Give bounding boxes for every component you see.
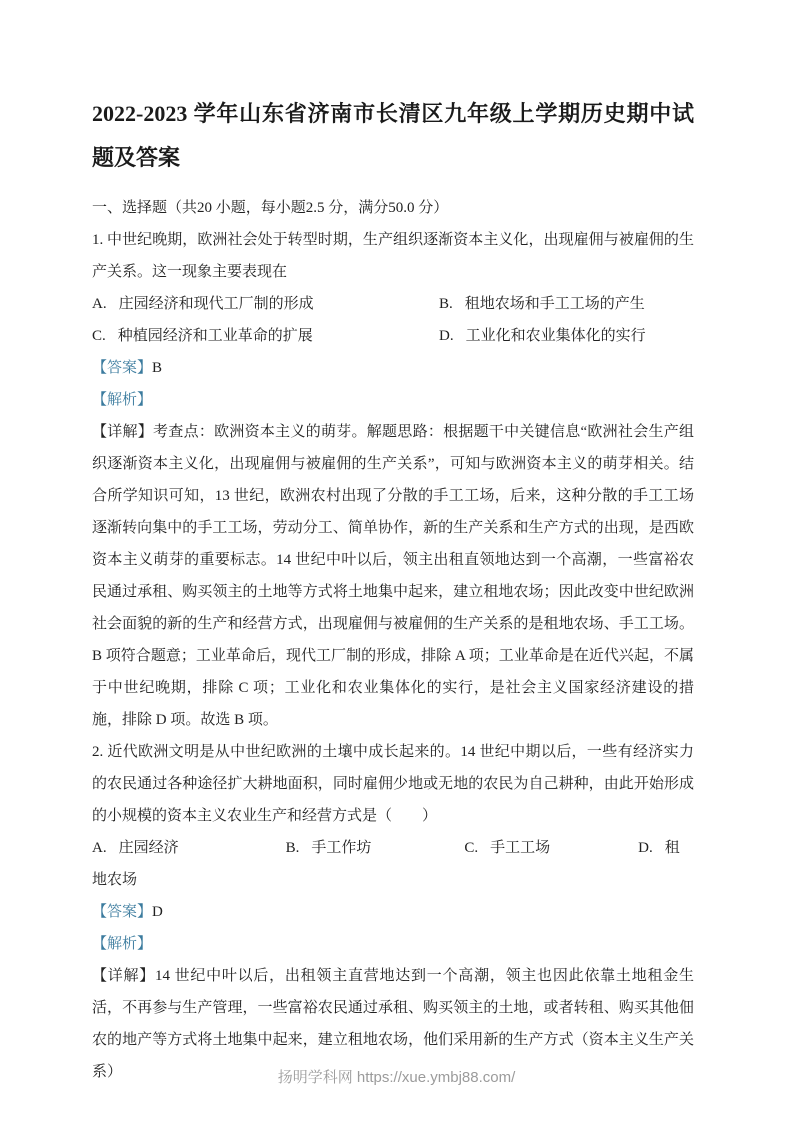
option-d-letter: D. bbox=[638, 840, 653, 856]
option-c: C.种植园经济和工业革命的扩展 bbox=[92, 320, 439, 352]
option-b: B.租地农场和手工工场的产生 bbox=[439, 288, 694, 320]
question-1: 1. 中世纪晚期，欧洲社会处于转型时期，生产组织逐渐资本主义化，出现雇佣与被雇佣… bbox=[92, 224, 694, 736]
option-d: D.租地农场 bbox=[92, 840, 680, 888]
option-c-letter: C. bbox=[92, 328, 106, 344]
option-d-letter: D. bbox=[439, 328, 454, 344]
document-content: 2022-2023 学年山东省济南市长清区九年级上学期历史期中试题及答案 一、选… bbox=[0, 0, 793, 1088]
document-page: 2022-2023 学年山东省济南市长清区九年级上学期历史期中试题及答案 一、选… bbox=[0, 0, 793, 1122]
option-b-text: 租地农场和手工工场的产生 bbox=[465, 296, 645, 312]
option-b-letter: B. bbox=[286, 840, 300, 856]
question-2-stem: 2. 近代欧洲文明是从中世纪欧洲的土壤中成长起来的。14 世纪中期以后，一些有经… bbox=[92, 736, 694, 832]
question-1-answer-line: 【答案】B bbox=[92, 352, 694, 384]
document-title: 2022-2023 学年山东省济南市长清区九年级上学期历史期中试题及答案 bbox=[92, 92, 694, 180]
question-1-answer: B bbox=[152, 360, 162, 376]
question-2-analysis-line: 【解析】 bbox=[92, 928, 694, 960]
question-2-options: A.庄园经济B.手工作坊C.手工工场D.租地农场 bbox=[92, 832, 694, 896]
question-2-answer: D bbox=[152, 904, 163, 920]
option-a-letter: A. bbox=[92, 296, 107, 312]
option-b-letter: B. bbox=[439, 296, 453, 312]
question-1-stem: 1. 中世纪晚期，欧洲社会处于转型时期，生产组织逐渐资本主义化，出现雇佣与被雇佣… bbox=[92, 224, 694, 288]
answer-label: 【答案】 bbox=[92, 360, 152, 376]
section-header: 一、选择题（共20 小题，每小题2.5 分，满分50.0 分） bbox=[92, 192, 694, 224]
option-c: C.手工工场 bbox=[464, 840, 550, 856]
footer-text: 扬明学科网 https://xue.ymbj88.com/ bbox=[278, 1069, 516, 1086]
question-1-detail: 【详解】考查点：欧洲资本主义的萌芽。解题思路：根据题干中关键信息“欧洲社会生产组… bbox=[92, 416, 694, 736]
question-1-analysis-line: 【解析】 bbox=[92, 384, 694, 416]
option-a-letter: A. bbox=[92, 840, 107, 856]
option-d-text: 工业化和农业集体化的实行 bbox=[466, 328, 646, 344]
question-2-answer-line: 【答案】D bbox=[92, 896, 694, 928]
option-d-text: 租地农场 bbox=[92, 840, 680, 888]
option-d: D.工业化和农业集体化的实行 bbox=[439, 320, 694, 352]
option-c-letter: C. bbox=[464, 840, 478, 856]
option-a: A.庄园经济 bbox=[92, 840, 179, 856]
option-a: A.庄园经济和现代工厂制的形成 bbox=[92, 288, 439, 320]
option-a-text: 庄园经济 bbox=[119, 840, 179, 856]
option-b: B.手工作坊 bbox=[286, 840, 372, 856]
option-c-text: 种植园经济和工业革命的扩展 bbox=[118, 328, 313, 344]
option-b-text: 手工作坊 bbox=[311, 840, 371, 856]
analysis-label: 【解析】 bbox=[92, 936, 152, 952]
question-1-options: A.庄园经济和现代工厂制的形成 B.租地农场和手工工场的产生 C.种植园经济和工… bbox=[92, 288, 694, 352]
option-a-text: 庄园经济和现代工厂制的形成 bbox=[119, 296, 314, 312]
analysis-label: 【解析】 bbox=[92, 392, 152, 408]
question-2: 2. 近代欧洲文明是从中世纪欧洲的土壤中成长起来的。14 世纪中期以后，一些有经… bbox=[92, 736, 694, 1088]
answer-label: 【答案】 bbox=[92, 904, 152, 920]
option-c-text: 手工工场 bbox=[490, 840, 550, 856]
page-footer: 扬明学科网 https://xue.ymbj88.com/ bbox=[0, 1066, 793, 1087]
